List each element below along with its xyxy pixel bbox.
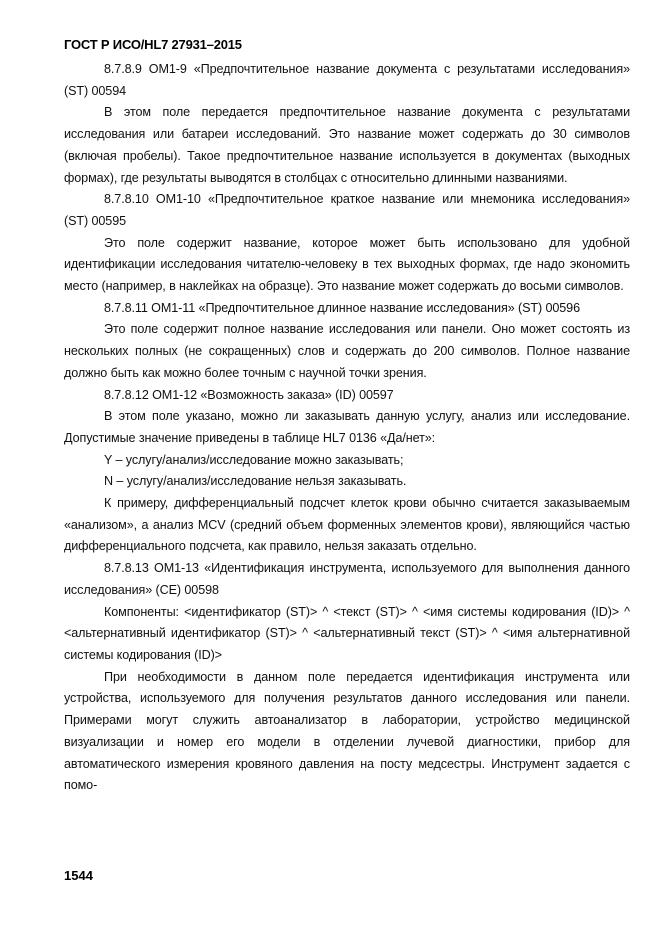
document-body: 8.7.8.9 OM1-9 «Предпочтительное название… [64,59,630,797]
paragraph: Это поле содержит название, которое може… [64,233,630,298]
section-heading-8-7-8-10: 8.7.8.10 OM1-10 «Предпочтительное кратко… [64,189,630,232]
paragraph: К примеру, дифференциальный подсчет клет… [64,493,630,558]
section-heading-8-7-8-12: 8.7.8.12 OM1-12 «Возможность заказа» (ID… [64,385,630,407]
list-item-n: N – услугу/анализ/исследование нельзя за… [64,471,630,493]
section-heading-8-7-8-9: 8.7.8.9 OM1-9 «Предпочтительное название… [64,59,630,102]
paragraph: В этом поле передается предпочтительное … [64,102,630,189]
paragraph: В этом поле указано, можно ли заказывать… [64,406,630,449]
document-page: ГОСТ Р ИСО/HL7 27931–2015 8.7.8.9 OM1-9 … [0,0,661,935]
page-number: 1544 [64,868,93,883]
section-heading-8-7-8-13: 8.7.8.13 OM1-13 «Идентификация инструмен… [64,558,630,601]
paragraph: При необходимости в данном поле передает… [64,667,630,797]
paragraph-components: Компоненты: <идентификатор (ST)> ^ <текс… [64,602,630,667]
section-heading-8-7-8-11: 8.7.8.11 OM1-11 «Предпочтительное длинно… [64,298,630,320]
standard-header: ГОСТ Р ИСО/HL7 27931–2015 [64,37,242,52]
paragraph: Это поле содержит полное название исслед… [64,319,630,384]
list-item-y: Y – услугу/анализ/исследование можно зак… [64,450,630,472]
